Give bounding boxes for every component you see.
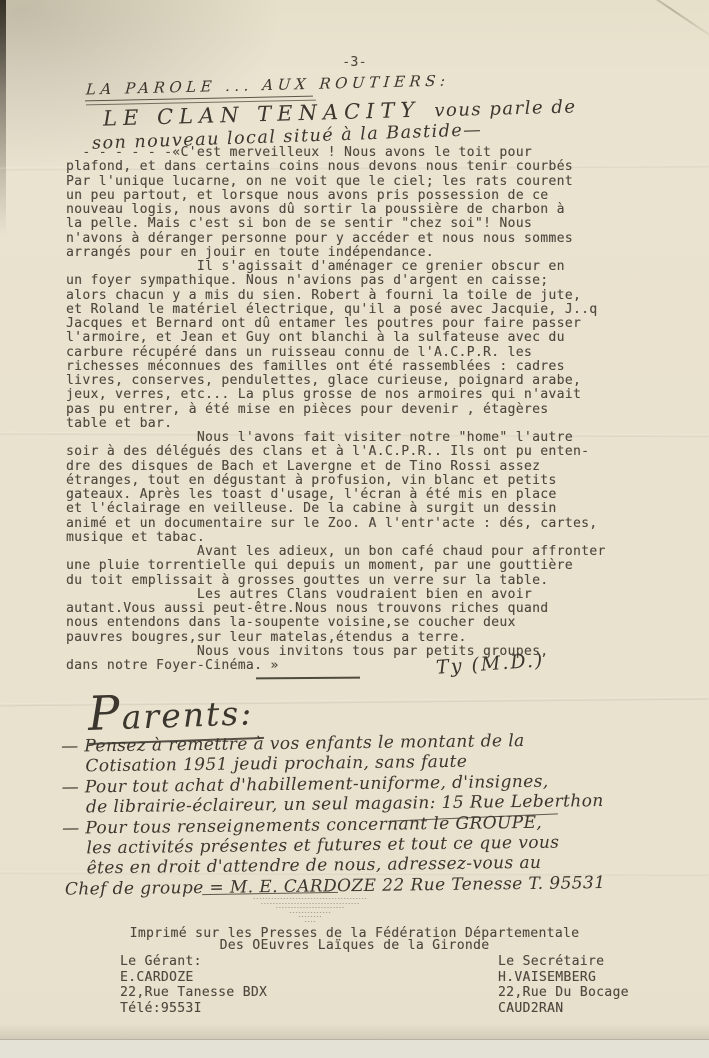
manager-name: E.CARDOZE	[120, 970, 267, 986]
secretary-block: Le Secrétaire H.VAISEMBERG 22,Rue Du Boc…	[498, 954, 629, 1016]
bottom-edge-shadow	[0, 1024, 709, 1040]
secretary-address: 22,Rue Du Bocage	[498, 985, 629, 1001]
secretary-role: Le Secrétaire	[498, 954, 629, 970]
paper-edge-shadow	[0, 0, 6, 235]
headline-script: vous parle de	[434, 96, 577, 121]
manager-phone: Télé:9553I	[120, 1001, 267, 1017]
secretary-name: H.VAISEMBERG	[498, 970, 629, 986]
secretary-city: CAUD2RAN	[498, 1001, 629, 1017]
parents-notes: — Pensez à remettre à vos enfants le mon…	[61, 729, 663, 900]
section-title: LA PAROLE ... AUX ROUTIERS:	[85, 72, 450, 99]
manager-role: Le Gérant:	[120, 954, 267, 970]
page-number: -3-	[0, 55, 709, 70]
typed-pyramid-separator: -------------------------------------- -…	[160, 897, 460, 924]
manager-block: Le Gérant: E.CARDOZE 22,Rue Tanesse BDX …	[120, 954, 267, 1016]
imprint-line-2: Des OEuvres Laïques de la Gironde	[0, 938, 709, 953]
article-body-text: - - - - - -«C'est merveilleux ! Nous avo…	[66, 146, 606, 673]
manager-address: 22,Rue Tanesse BDX	[120, 985, 267, 1001]
article-separator-line	[256, 677, 360, 680]
scan-bottom-band	[0, 1039, 709, 1058]
scanned-newsletter-page: -3- LA PAROLE ... AUX ROUTIERS: LE CLAN …	[0, 0, 709, 1058]
corner-crease	[622, 0, 709, 43]
